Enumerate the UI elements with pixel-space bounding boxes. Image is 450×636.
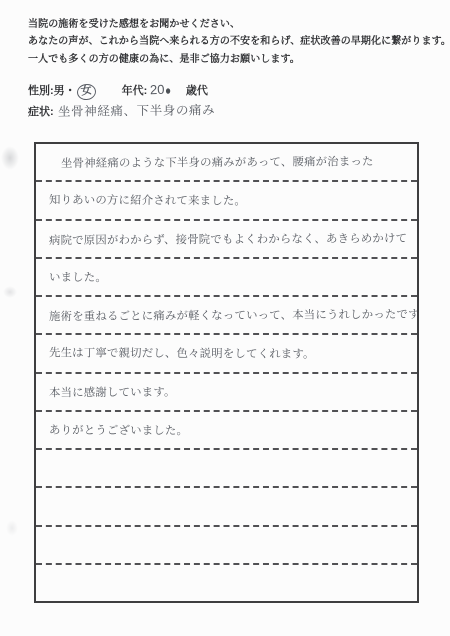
feedback-line-text: 病院で原因がわからず、接骨院でもよくわからなく、あきらめかけて: [49, 230, 407, 248]
ink-blot: ●: [164, 84, 172, 99]
feedback-line-text: いました。: [49, 269, 107, 285]
feedback-row: [36, 450, 417, 488]
intro-line-1: 当院の施術を受けた感想をお聞かせください、: [28, 16, 444, 33]
intro-line-2: あなたの声が、これから当院へ来られる方の不安を和らげ、症状改善の早期化に繋がりま…: [28, 33, 444, 50]
feedback-line-text: 坐骨神経痛のような下半身の痛みがあって、腰痛が治まった: [61, 153, 374, 171]
feedback-row: 本当に感謝しています。: [36, 374, 417, 412]
feedback-row: 坐骨神経痛のような下半身の痛みがあって、腰痛が治まった: [36, 144, 417, 182]
feedback-line-text: 知りあいの方に紹介されて来ました。: [49, 192, 246, 209]
scan-smudge: [3, 286, 17, 298]
age-value-handwritten: 20: [150, 82, 165, 97]
feedback-row: [36, 527, 417, 565]
gender-option-female-circled: 女: [76, 83, 97, 101]
feedback-comment-box: 坐骨神経痛のような下半身の痛みがあって、腰痛が治まった知りあいの方に紹介されて来…: [34, 142, 419, 603]
scan-smudge: [6, 520, 18, 536]
feedback-row: 施術を重ねるごとに痛みが軽くなっていって、本当にうれしかったです。: [36, 297, 417, 335]
feedback-row: 先生は丁寧で親切だし、色々説明をしてくれます。: [36, 335, 417, 373]
feedback-line-text: 施術を重ねるごとに痛みが軽くなっていって、本当にうれしかったです。: [49, 306, 417, 324]
feedback-row: [36, 488, 417, 526]
symptom-value-handwritten: 坐骨神経痛、下半身の痛み: [58, 100, 215, 120]
feedback-line-text: 本当に感謝しています。: [49, 383, 176, 400]
gender-age-row: 性別:男・女年代:20●歳代: [28, 82, 208, 100]
feedback-row: [36, 565, 417, 601]
gender-option-male: 男: [54, 85, 65, 97]
age-suffix-label: 歳代: [186, 85, 208, 97]
symptom-label: 症状:: [28, 106, 54, 118]
feedback-line-text: 先生は丁寧で親切だし、色々説明をしてくれます。: [49, 345, 315, 362]
feedback-row: いました。: [36, 259, 417, 297]
patient-feedback-form: 当院の施術を受けた感想をお聞かせください、 あなたの声が、これから当院へ来られる…: [0, 0, 450, 636]
age-label: 年代:: [122, 85, 148, 97]
gender-label: 性別:: [28, 85, 54, 97]
scan-smudge: [1, 146, 19, 170]
feedback-row: 知りあいの方に紹介されて来ました。: [36, 182, 417, 220]
intro-line-3: 一人でも多くの方の健康の為に、是非ご協力お願いします。: [28, 51, 444, 68]
feedback-row: 病院で原因がわからず、接骨院でもよくわからなく、あきらめかけて: [36, 221, 417, 259]
feedback-row: ありがとうございました。: [36, 412, 417, 450]
symptom-row: 症状:坐骨神経痛、下半身の痛み: [28, 101, 215, 119]
gender-separator-dot: ・: [65, 85, 76, 97]
intro-text: 当院の施術を受けた感想をお聞かせください、 あなたの声が、これから当院へ来られる…: [28, 16, 444, 68]
feedback-line-text: ありがとうございました。: [49, 422, 188, 439]
